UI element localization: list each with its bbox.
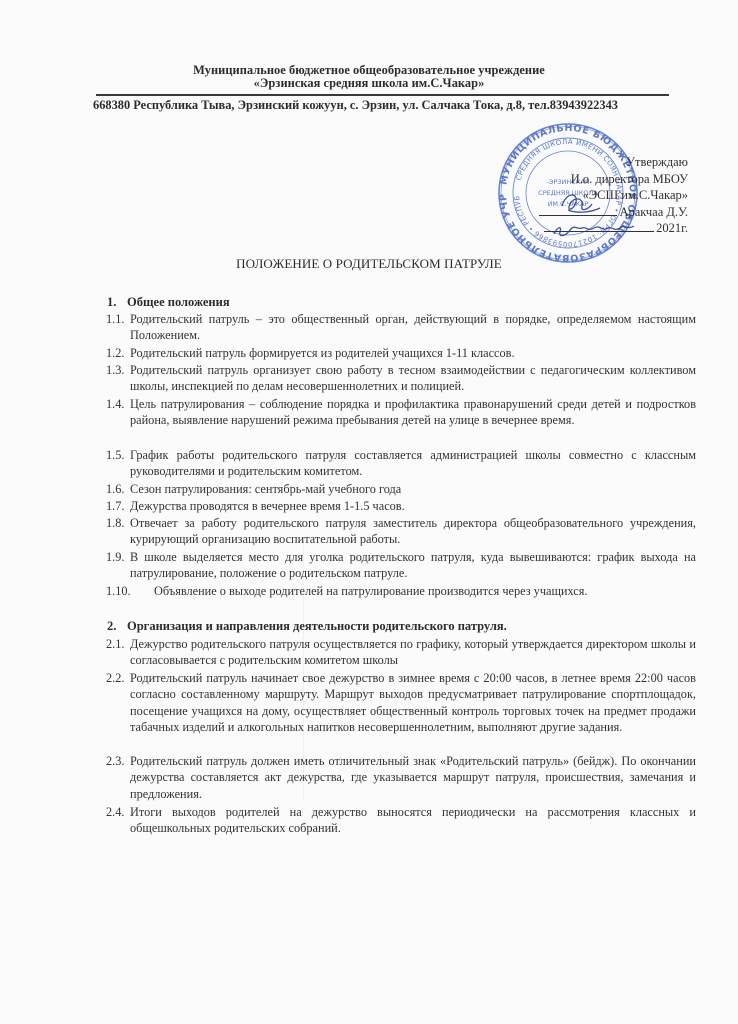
section-1-heading: 1.Общее положения	[107, 295, 230, 310]
clause-1-10: 1.10.Объявление о выходе родителей на па…	[106, 583, 696, 599]
org-address: 668380 Республика Тыва, Эрзинский кожуун…	[93, 98, 693, 113]
scanned-document-page: Муниципальное бюджетное общеобразователь…	[0, 0, 738, 1024]
clause-2-4: 2.4.Итоги выходов родителей на дежурство…	[106, 804, 696, 837]
approval-position: И.о. директора МБОУ	[539, 171, 688, 188]
handwritten-signature-icon	[548, 186, 638, 242]
scan-fold-mark	[303, 540, 304, 800]
section-2-heading: 2.Организация и направления деятельности…	[107, 619, 507, 634]
clause-1-4: 1.4.Цель патрулирования – соблюдение пор…	[106, 396, 696, 429]
approval-heading: Утверждаю	[539, 154, 688, 171]
clause-1-3: 1.3.Родительский патруль организует свою…	[106, 362, 696, 395]
header-divider	[96, 94, 669, 96]
clause-1-8: 1.8.Отвечает за работу родительского пат…	[106, 515, 696, 548]
clause-2-3: 2.3.Родительский патруль должен иметь от…	[106, 753, 696, 802]
approval-year: 2021г.	[656, 221, 688, 235]
clause-1-7: 1.7.Дежурства проводятся в вечернее врем…	[106, 498, 696, 514]
clause-1-2: 1.2.Родительский патруль формируется из …	[106, 345, 696, 361]
clause-1-1: 1.1.Родительский патруль – это обществен…	[106, 311, 696, 344]
clause-1-5: 1.5.График работы родительского патруля …	[106, 447, 696, 480]
clause-1-6: 1.6.Сезон патрулирования: сентябрь-май у…	[106, 481, 696, 497]
org-name-line2: «Эрзинская средняя школа им.С.Чакар»	[0, 76, 738, 91]
clause-1-9: 1.9.В школе выделяется место для уголка …	[106, 549, 696, 582]
clause-2-1: 2.1.Дежурство родительского патруля осущ…	[106, 636, 696, 669]
clause-2-2: 2.2.Родительский патруль начинает свое д…	[106, 670, 696, 735]
